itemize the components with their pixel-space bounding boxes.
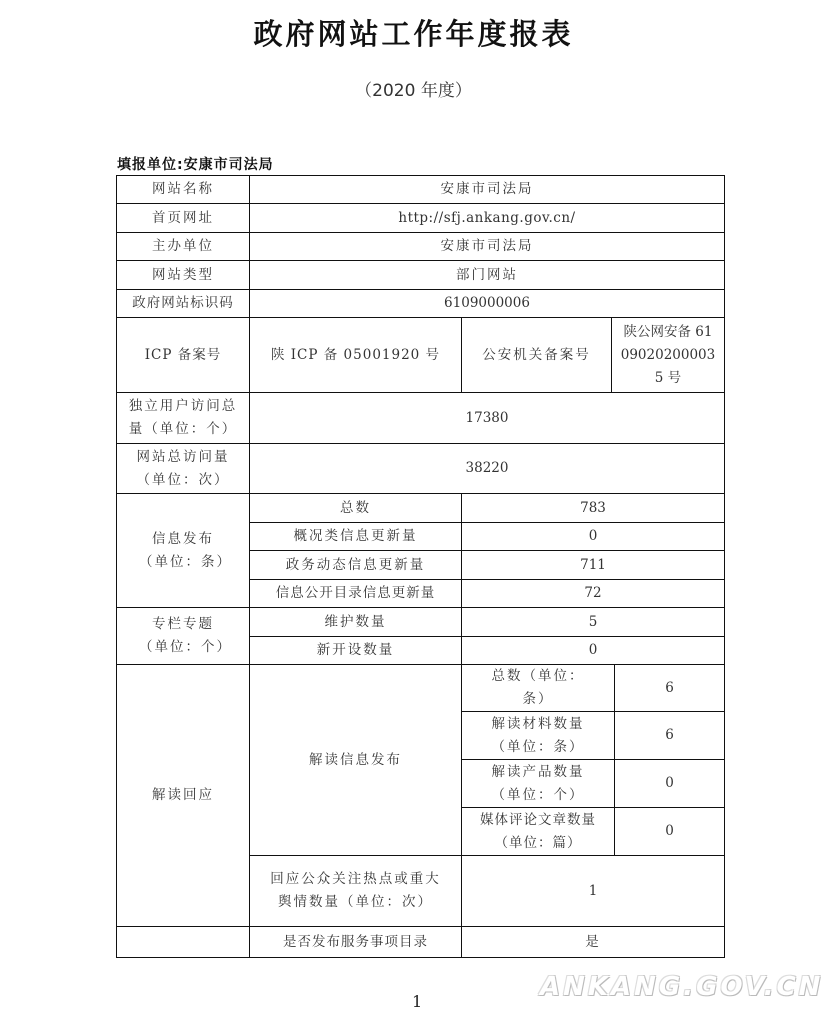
columns-new-label: 新开设数量	[249, 636, 462, 665]
columns-new-value: 0	[461, 636, 725, 665]
site-name-label: 网站名称	[116, 175, 250, 204]
columns-maintained-value: 5	[461, 607, 725, 637]
public-response-value: 1	[461, 855, 725, 927]
icp-value: 陕 ICP 备 05001920 号	[249, 317, 462, 393]
police-record-value: 陕公网安备 61090202000035 号	[611, 317, 725, 393]
page-number: 1	[412, 992, 422, 1011]
disclosure-catalog-updates-value: 72	[461, 579, 725, 608]
interp-materials-value: 6	[614, 711, 725, 760]
interp-total-label: 总数（单位：条）	[461, 664, 615, 712]
filing-unit: 填报单位:安康市司法局	[117, 154, 274, 174]
total-visits-value: 38220	[249, 443, 725, 494]
info-publish-label: 信息发布（单位：条）	[116, 493, 250, 608]
host-unit-label: 主办单位	[116, 232, 250, 261]
service-catalog-label: 是否发布服务事项目录	[249, 926, 462, 958]
site-id-code-value: 6109000006	[249, 289, 725, 318]
interp-total-value: 6	[614, 664, 725, 712]
watermark-logo: ANKANG.GOV.CN	[540, 972, 823, 1002]
site-id-code-label: 政府网站标识码	[116, 289, 250, 318]
total-visits-label: 网站总访问量（单位：次）	[116, 443, 250, 494]
homepage-url-value: http://sfj.ankang.gov.cn/	[249, 203, 725, 233]
icp-label: ICP 备案号	[116, 317, 250, 393]
homepage-url-label: 首页网址	[116, 203, 250, 233]
site-type-value: 部门网站	[249, 260, 725, 290]
interpretation-label: 解读回应	[116, 664, 250, 927]
host-unit-value: 安康市司法局	[249, 232, 725, 261]
report-year: （2020 年度）	[0, 76, 827, 101]
site-type-label: 网站类型	[116, 260, 250, 290]
page-title: 政府网站工作年度报表	[0, 12, 827, 53]
service-catalog-value: 是	[461, 926, 725, 958]
interp-materials-label: 解读材料数量（单位：条）	[461, 711, 615, 760]
media-articles-value: 0	[614, 807, 725, 856]
site-name-value: 安康市司法局	[249, 175, 725, 204]
unique-visitors-value: 17380	[249, 392, 725, 444]
columns-label: 专栏专题（单位：个）	[116, 607, 250, 665]
columns-maintained-label: 维护数量	[249, 607, 462, 637]
interp-products-value: 0	[614, 759, 725, 808]
interpretation-publish-label: 解读信息发布	[249, 664, 462, 856]
police-record-label: 公安机关备案号	[461, 317, 612, 393]
public-response-label: 回应公众关注热点或重大舆情数量（单位：次）	[249, 855, 462, 927]
gov-news-updates-value: 711	[461, 550, 725, 580]
info-total-label: 总数	[249, 493, 462, 523]
overview-updates-value: 0	[461, 522, 725, 551]
disclosure-catalog-updates-label: 信息公开目录信息更新量	[249, 579, 462, 608]
unique-visitors-label: 独立用户访问总量（单位：个）	[116, 392, 250, 444]
media-articles-label: 媒体评论文章数量（单位：篇）	[461, 807, 615, 856]
overview-updates-label: 概况类信息更新量	[249, 522, 462, 551]
info-total-value: 783	[461, 493, 725, 523]
service-catalog-empty-cell	[116, 926, 250, 958]
interp-products-label: 解读产品数量（单位：个）	[461, 759, 615, 808]
gov-news-updates-label: 政务动态信息更新量	[249, 550, 462, 580]
